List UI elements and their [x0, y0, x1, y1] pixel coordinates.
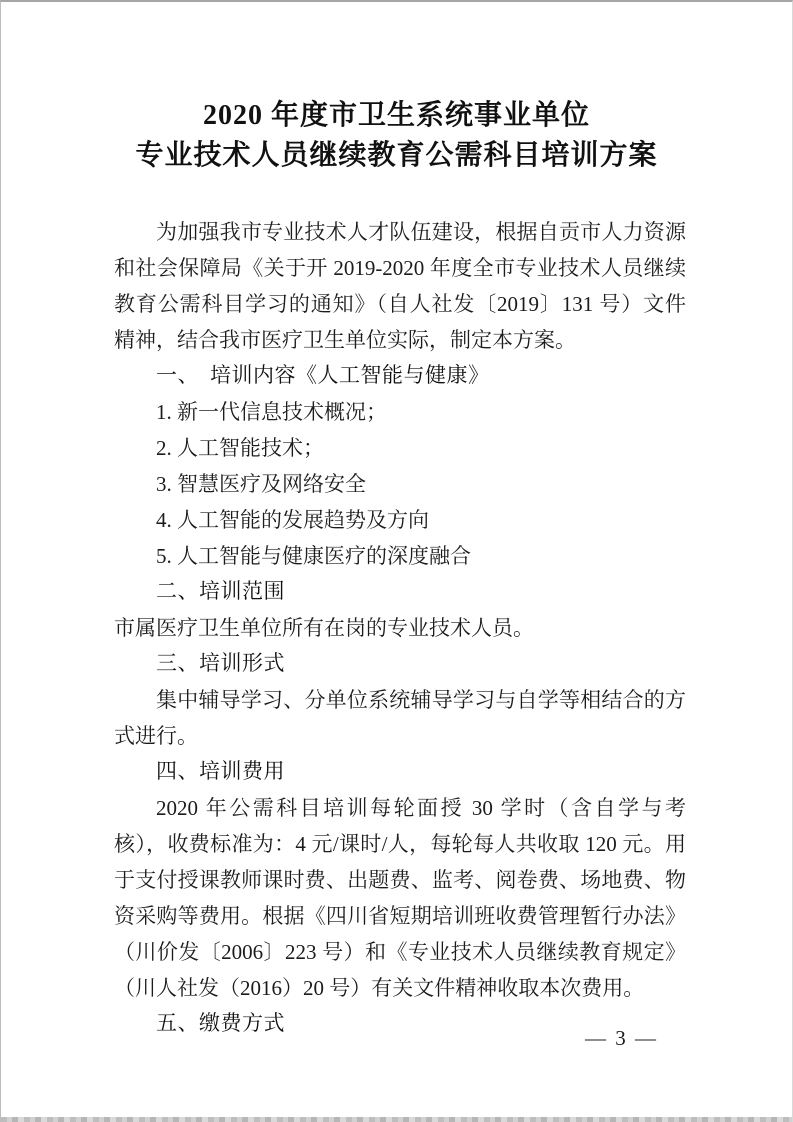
- list-item-3: 3. 智慧医疗及网络安全: [114, 466, 686, 502]
- paragraph-fees: 2020 年公需科目培训每轮面授 30 学时（含自学与考核），收费标准为：4 元…: [114, 790, 686, 1006]
- page-number: — 3 —: [585, 1024, 658, 1052]
- list-item-5: 5. 人工智能与健康医疗的深度融合: [114, 538, 686, 574]
- list-item-4: 4. 人工智能的发展趋势及方向: [114, 502, 686, 538]
- document-title-line-2: 专业技术人员继续教育公需科目培训方案: [1, 136, 792, 176]
- document-title: 2020 年度市卫生系统事业单位 专业技术人员继续教育公需科目培训方案: [1, 96, 792, 176]
- section-heading-3-training-format: 三、培训形式: [114, 646, 686, 682]
- document-page: 2020 年度市卫生系统事业单位 专业技术人员继续教育公需科目培训方案 为加强我…: [0, 0, 793, 1122]
- list-item-1: 1. 新一代信息技术概况；: [114, 394, 686, 430]
- scan-edge-bottom: [1, 1117, 792, 1122]
- document-body: 为加强我市专业技术人才队伍建设，根据自贡市人力资源和社会保障局《关于开 2019…: [114, 214, 686, 1042]
- paragraph-intro: 为加强我市专业技术人才队伍建设，根据自贡市人力资源和社会保障局《关于开 2019…: [114, 214, 686, 358]
- paragraph-scope: 市属医疗卫生单位所有在岗的专业技术人员。: [114, 610, 686, 646]
- section-heading-4-training-fees: 四、培训费用: [114, 754, 686, 790]
- section-heading-2-training-scope: 二、培训范围: [114, 574, 686, 610]
- list-item-2: 2. 人工智能技术；: [114, 430, 686, 466]
- section-heading-1-training-content: 一、 培训内容《人工智能与健康》: [114, 358, 686, 394]
- document-title-line-1: 2020 年度市卫生系统事业单位: [1, 96, 792, 136]
- paragraph-format: 集中辅导学习、分单位系统辅导学习与自学等相结合的方式进行。: [114, 682, 686, 754]
